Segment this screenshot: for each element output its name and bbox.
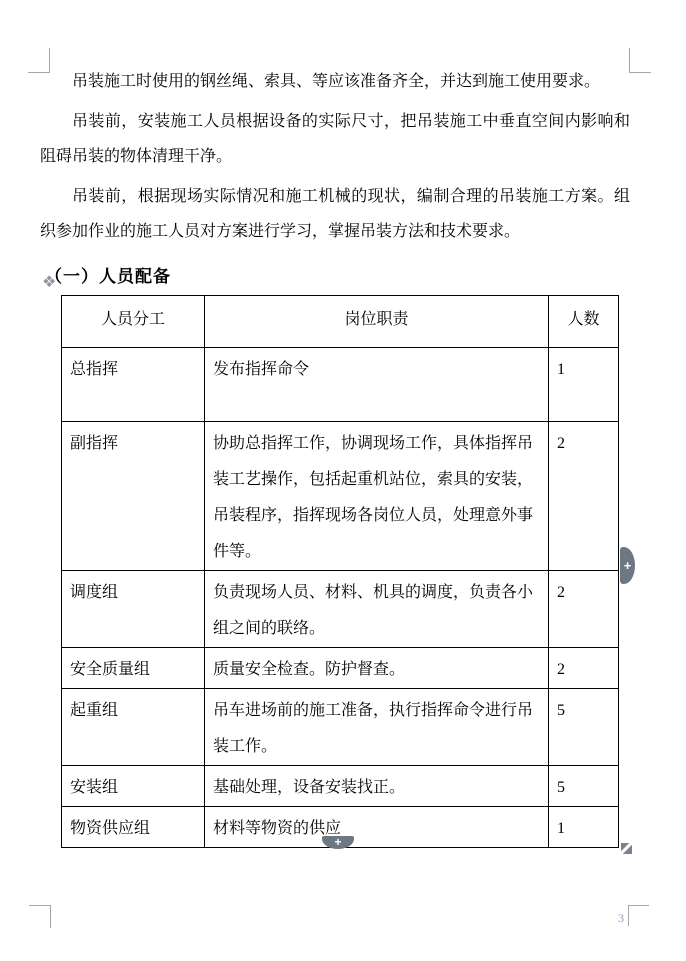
cell-role: 起重组 [62,689,205,766]
table-header-row: 人员分工 岗位职责 人数 [62,296,619,348]
cell-role: 安全质量组 [62,648,205,689]
cell-count: 5 [549,689,619,766]
table-row: 调度组负责现场人员、材料、机具的调度，负责各小组之间的联络。2 [62,571,619,648]
header-duty: 岗位职责 [205,296,549,348]
page-number: 3 [618,911,624,926]
cell-count: 2 [549,422,619,571]
cell-role: 副指挥 [62,422,205,571]
cell-duty: 质量安全检查。防护督查。 [205,648,549,689]
cell-role: 安装组 [62,766,205,807]
cell-duty: 基础处理，设备安装找正。 [205,766,549,807]
paragraph: 吊装施工时使用的钢丝绳、索具、等应该准备齐全，并达到施工使用要求。 [40,64,630,99]
header-role: 人员分工 [62,296,205,348]
side-expand-plus-button[interactable]: + [620,547,635,584]
cell-duty: 协助总指挥工作，协调现场工作，具体指挥吊装工艺操作，包括起重机站位，索具的安装，… [205,422,549,571]
cell-role: 总指挥 [62,348,205,422]
cell-count: 2 [549,571,619,648]
crop-mark-bottom-left [29,905,51,928]
table-row: 副指挥协助总指挥工作，协调现场工作，具体指挥吊装工艺操作，包括起重机站位，索具的… [62,422,619,571]
cell-duty: 发布指挥命令 [205,348,549,422]
paragraph: 吊装前，安装施工人员根据设备的实际尺寸，把吊装施工中垂直空间内影响和阻碍吊装的物… [40,104,630,174]
table-row: 起重组吊车进场前的施工准备，执行指挥命令进行吊装工作。5 [62,689,619,766]
cell-duty: 负责现场人员、材料、机具的调度，负责各小组之间的联络。 [205,571,549,648]
table-body: 总指挥发布指挥命令1副指挥协助总指挥工作，协调现场工作，具体指挥吊装工艺操作，包… [62,348,619,848]
document-page: { "page": { "number": "3" }, "content": … [0,0,686,961]
body-text: 吊装施工时使用的钢丝绳、索具、等应该准备齐全，并达到施工使用要求。 吊装前，安装… [40,64,630,254]
table-row: 安装组基础处理，设备安装找正。5 [62,766,619,807]
header-count: 人数 [549,296,619,348]
section-heading: （一）人员配备 [45,262,171,287]
paragraph: 吊装前，根据现场实际情况和施工机械的现状，编制合理的吊装施工方案。组织参加作业的… [40,179,630,249]
cell-count: 2 [549,648,619,689]
table-move-handle-icon[interactable]: ❖ [42,274,56,290]
cell-count: 1 [549,348,619,422]
cell-role: 物资供应组 [62,807,205,848]
cell-duty: 材料等物资的供应 [205,807,549,848]
cell-count: 1 [549,807,619,848]
cell-count: 5 [549,766,619,807]
table-resize-handle[interactable] [621,843,632,854]
crop-mark-bottom-right [628,905,649,926]
crop-mark-top-right [629,48,651,73]
personnel-table: 人员分工 岗位职责 人数 总指挥发布指挥命令1副指挥协助总指挥工作，协调现场工作… [61,295,619,848]
table-row: 总指挥发布指挥命令1 [62,348,619,422]
cell-duty: 吊车进场前的施工准备，执行指挥命令进行吊装工作。 [205,689,549,766]
cell-role: 调度组 [62,571,205,648]
table-row: 安全质量组质量安全检查。防护督查。2 [62,648,619,689]
